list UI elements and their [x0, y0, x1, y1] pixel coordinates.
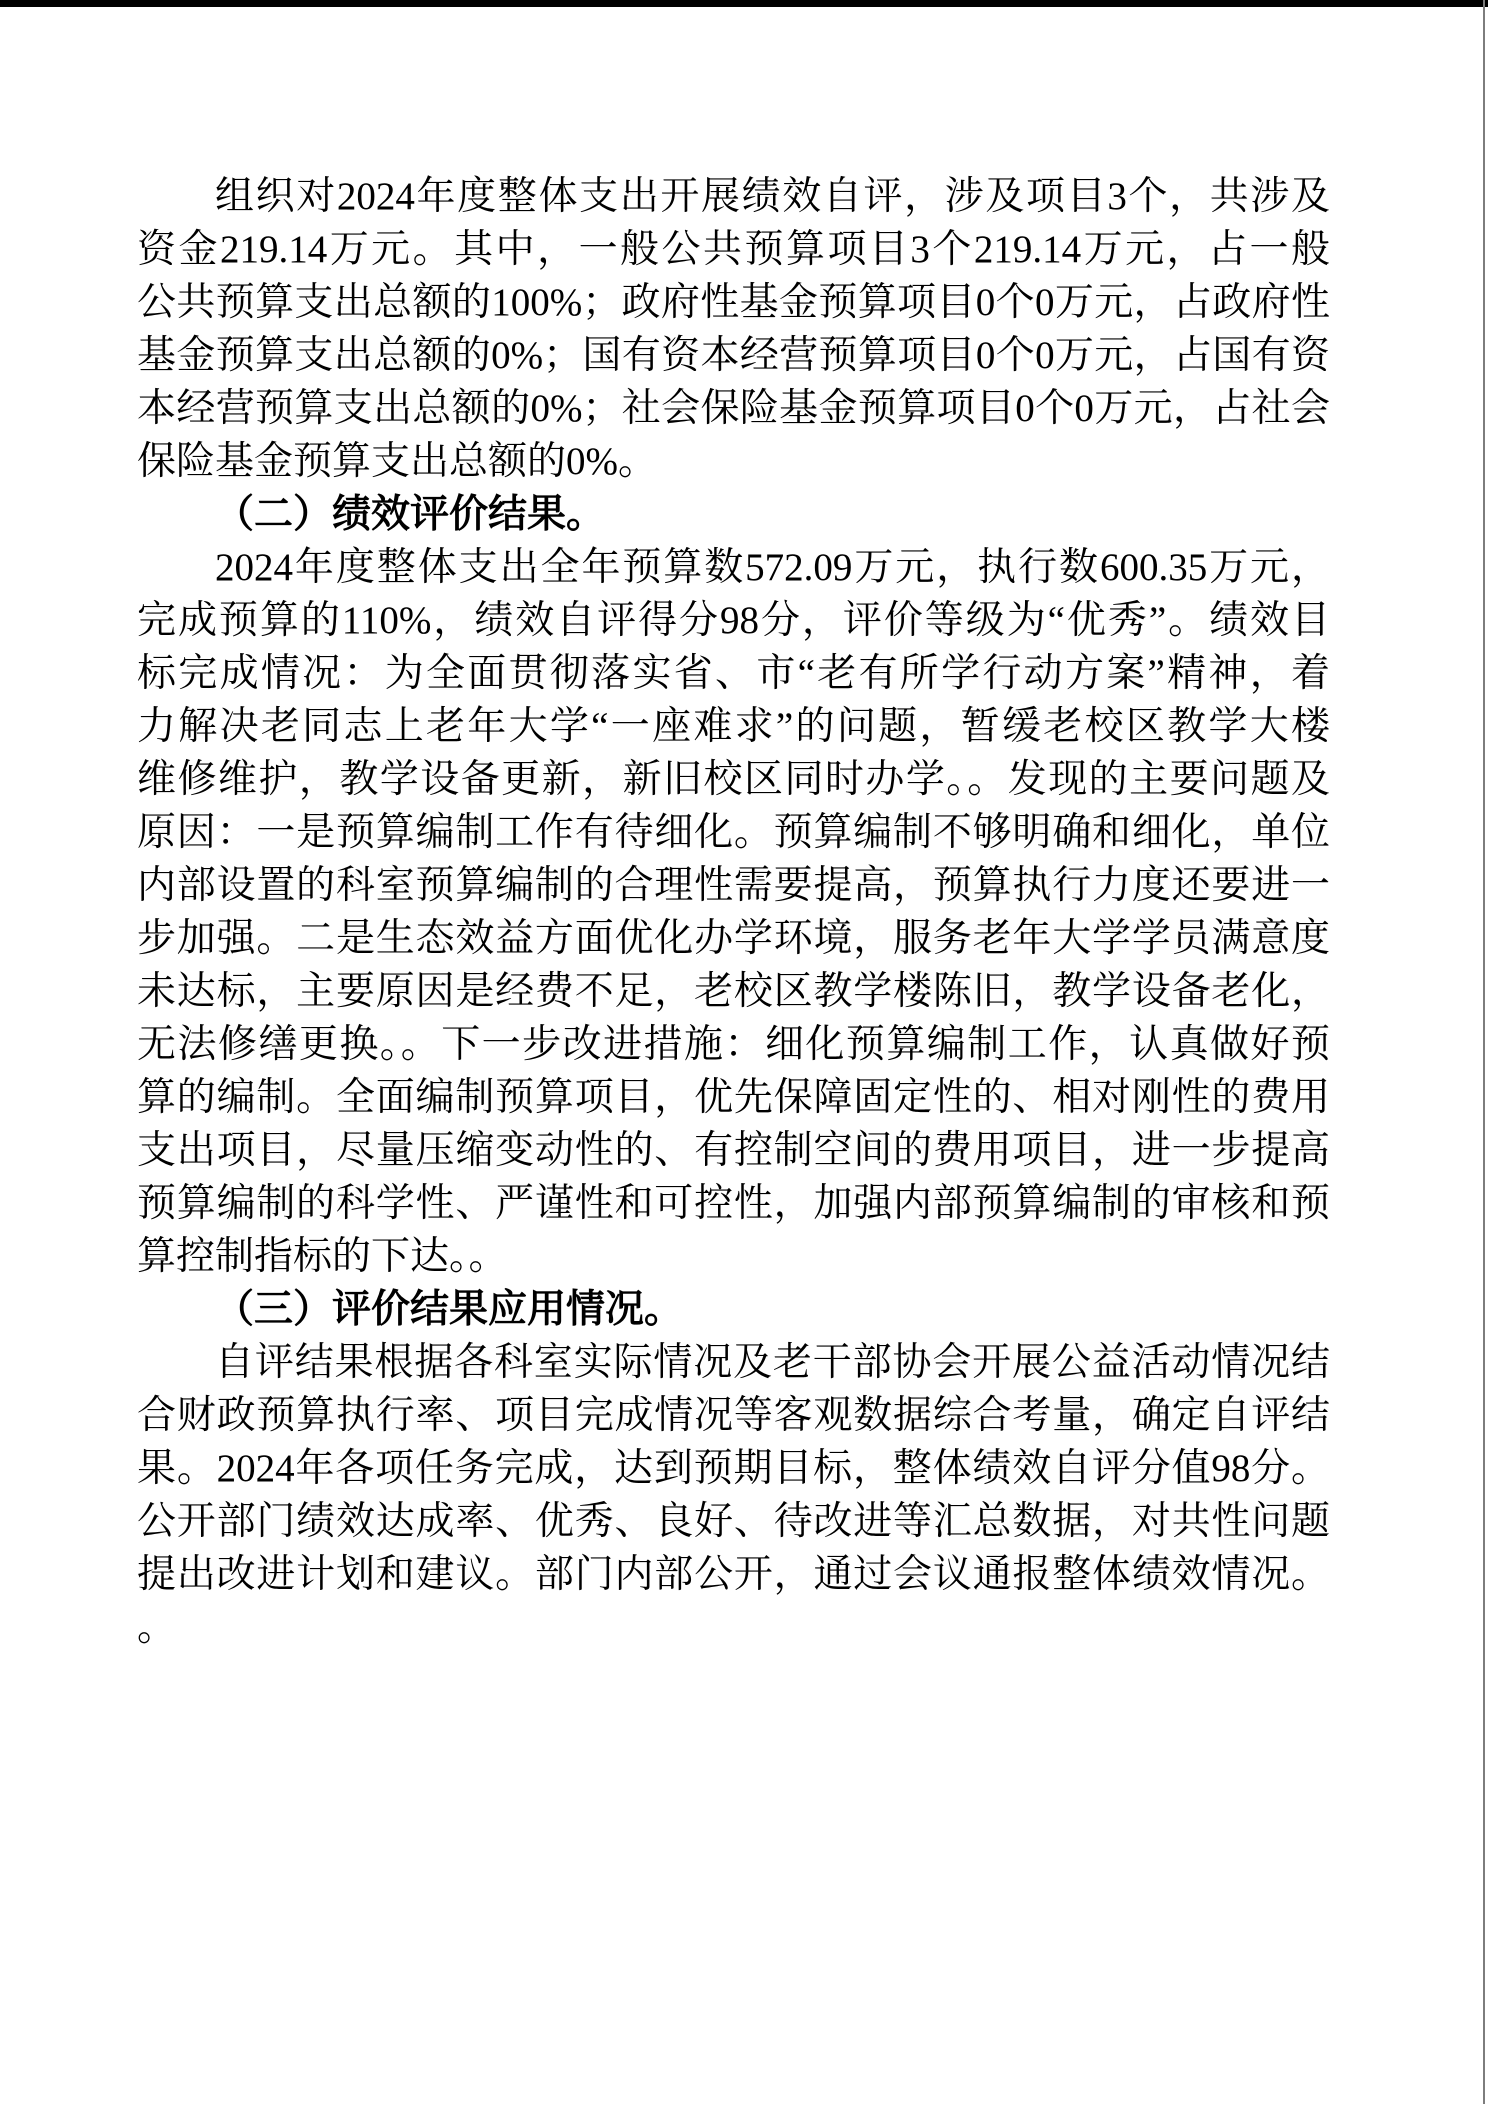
- body-line: 支出项目，尽量压缩变动性的、有控制空间的费用项目，进一步提高: [137, 1124, 1330, 1177]
- body-line: 。: [137, 1601, 1330, 1654]
- body-line: 公开部门绩效达成率、优秀、良好、待改进等汇总数据，对共性问题: [137, 1495, 1330, 1548]
- body-line: 维修维护，教学设备更新，新旧校区同时办学。。发现的主要问题及: [137, 753, 1330, 806]
- body-line: 公共预算支出总额的100%；政府性基金预算项目0个0万元，占政府性: [137, 276, 1330, 329]
- section-heading: （二）绩效评价结果。: [137, 488, 1330, 541]
- body-line: 提出改进计划和建议。部门内部公开，通过会议通报整体绩效情况。: [137, 1548, 1330, 1601]
- body-line: 果。2024年各项任务完成，达到预期目标，整体绩效自评分值98分。: [137, 1442, 1330, 1495]
- body-line: 资金219.14万元。其中，一般公共预算项目3个219.14万元，占一般: [137, 223, 1330, 276]
- body-line: 力解决老同志上老年大学“一座难求”的问题，暂缓老校区教学大楼: [137, 700, 1330, 753]
- page-top-edge: [0, 0, 1488, 7]
- body-line: 本经营预算支出总额的0%；社会保险基金预算项目0个0万元，占社会: [137, 382, 1330, 435]
- body-line: 完成预算的110%，绩效自评得分98分，评价等级为“优秀”。绩效目: [137, 594, 1330, 647]
- body-line: 基金预算支出总额的0%；国有资本经营预算项目0个0万元，占国有资: [137, 329, 1330, 382]
- body-line: 内部设置的科室预算编制的合理性需要提高，预算执行力度还要进一: [137, 859, 1330, 912]
- body-line: 组织对2024年度整体支出开展绩效自评，涉及项目3个，共涉及: [137, 170, 1330, 223]
- body-line: 无法修缮更换。。下一步改进措施：细化预算编制工作，认真做好预: [137, 1018, 1330, 1071]
- body-line: 预算编制的科学性、严谨性和可控性，加强内部预算编制的审核和预: [137, 1177, 1330, 1230]
- body-line: 原因：一是预算编制工作有待细化。预算编制不够明确和细化，单位: [137, 806, 1330, 859]
- section-heading: （三）评价结果应用情况。: [137, 1283, 1330, 1336]
- body-line: 2024年度整体支出全年预算数572.09万元，执行数600.35万元，: [137, 541, 1330, 594]
- body-line: 算的编制。全面编制预算项目，优先保障固定性的、相对刚性的费用: [137, 1071, 1330, 1124]
- document-text-block: 组织对2024年度整体支出开展绩效自评，涉及项目3个，共涉及 资金219.14万…: [137, 170, 1330, 1654]
- body-line: 未达标，主要原因是经费不足，老校区教学楼陈旧，教学设备老化，: [137, 965, 1330, 1018]
- body-line: 自评结果根据各科室实际情况及老干部协会开展公益活动情况结: [137, 1336, 1330, 1389]
- body-line: 标完成情况：为全面贯彻落实省、市“老有所学行动方案”精神，着: [137, 647, 1330, 700]
- body-line: 保险基金预算支出总额的0%。: [137, 435, 1330, 488]
- body-line: 步加强。二是生态效益方面优化办学环境，服务老年大学学员满意度: [137, 912, 1330, 965]
- body-line: 算控制指标的下达。。: [137, 1230, 1330, 1283]
- page-right-edge: [1483, 0, 1485, 2104]
- body-line: 合财政预算执行率、项目完成情况等客观数据综合考量，确定自评结: [137, 1389, 1330, 1442]
